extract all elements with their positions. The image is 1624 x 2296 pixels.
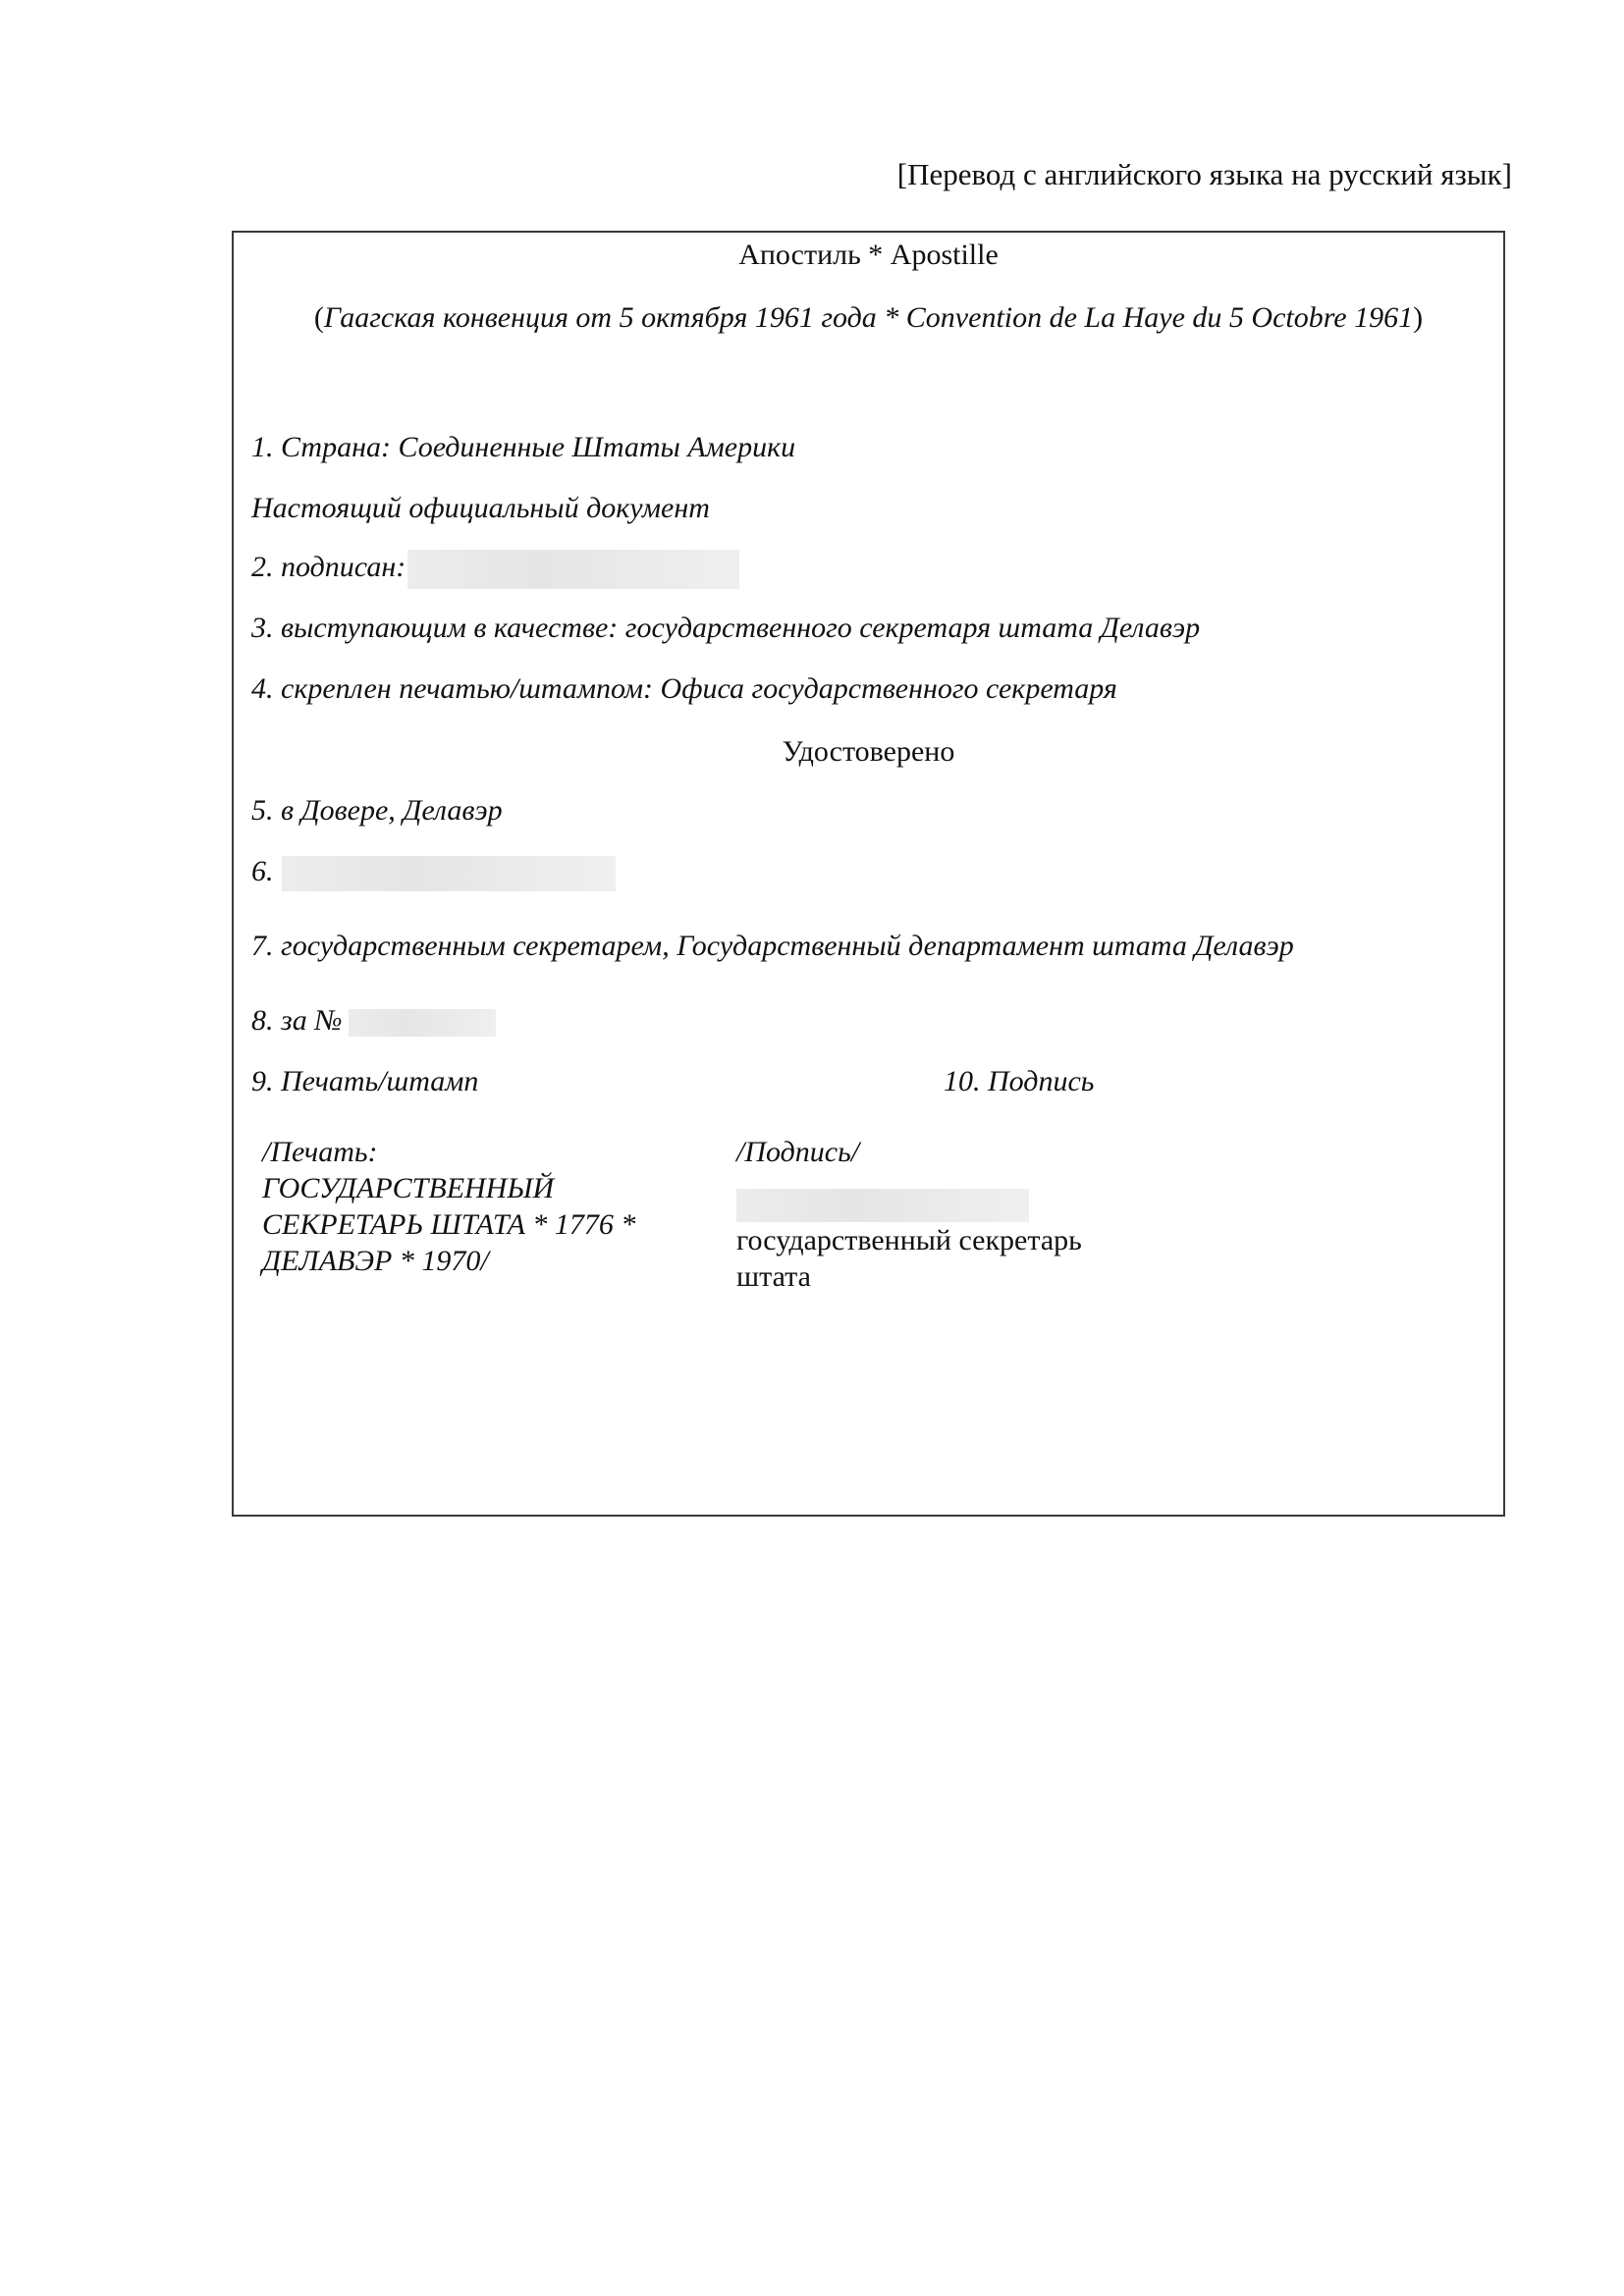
item-country: 1. Страна: Соединенные Штаты Америки xyxy=(251,429,795,466)
item-doc-intro: Настоящий официальный документ xyxy=(251,490,710,527)
convention-close-paren: ) xyxy=(1413,301,1423,334)
redacted-signer xyxy=(736,1189,1029,1222)
date-label: 6. xyxy=(251,855,274,887)
item-number: 8. за № xyxy=(251,1002,496,1040)
apostille-frame: Апостиль * Apostille (Гаагская конвенция… xyxy=(232,231,1505,1517)
seal-line-4: ДЕЛАВЭР * 1970/ xyxy=(262,1243,635,1279)
item-by: 7. государственным секретарем, Государст… xyxy=(251,928,1294,965)
seal-line-3: СЕКРЕТАРЬ ШТАТА * 1776 * xyxy=(262,1206,635,1243)
seal-description: /Печать: ГОСУДАРСТВЕННЫЙ СЕКРЕТАРЬ ШТАТА… xyxy=(262,1134,635,1279)
seal-line-1: /Печать: xyxy=(262,1134,635,1170)
certified-heading: Удостоверено xyxy=(234,733,1503,771)
redacted-number xyxy=(349,1009,496,1037)
convention-open-paren: ( xyxy=(314,301,324,334)
signature-block: /Подпись/ государственный секретарь штат… xyxy=(736,1134,1082,1295)
number-label: 8. за № xyxy=(251,1004,343,1037)
signed-by-label: 2. подписан: xyxy=(251,551,406,583)
header-note: [Перевод с английского языка на русский … xyxy=(897,155,1512,194)
item-signature-label: 10. Подпись xyxy=(944,1063,1094,1100)
redacted-date xyxy=(282,856,616,891)
signer-title-line-1: государственный секретарь xyxy=(736,1222,1082,1258)
seal-line-2: ГОСУДАРСТВЕННЫЙ xyxy=(262,1170,635,1206)
item-sealed: 4. скреплен печатью/штампом: Офиса госуд… xyxy=(251,670,1117,708)
redacted-signer-name xyxy=(407,550,739,589)
item-acting-as: 3. выступающим в качестве: государственн… xyxy=(251,610,1200,647)
item-seal-label: 9. Печать/штамп xyxy=(251,1063,478,1100)
item-at: 5. в Довере, Делавэр xyxy=(251,792,503,829)
signature-placeholder: /Подпись/ xyxy=(736,1134,1082,1170)
convention-text: Гаагская конвенция от 5 октября 1961 год… xyxy=(324,301,1413,334)
apostille-title: Апостиль * Apostille xyxy=(234,237,1503,274)
signer-title-line-2: штата xyxy=(736,1258,1082,1295)
item-date: 6. xyxy=(251,853,616,891)
item-signed-by: 2. подписан: xyxy=(251,549,739,589)
convention-line: (Гаагская конвенция от 5 октября 1961 го… xyxy=(234,299,1503,337)
